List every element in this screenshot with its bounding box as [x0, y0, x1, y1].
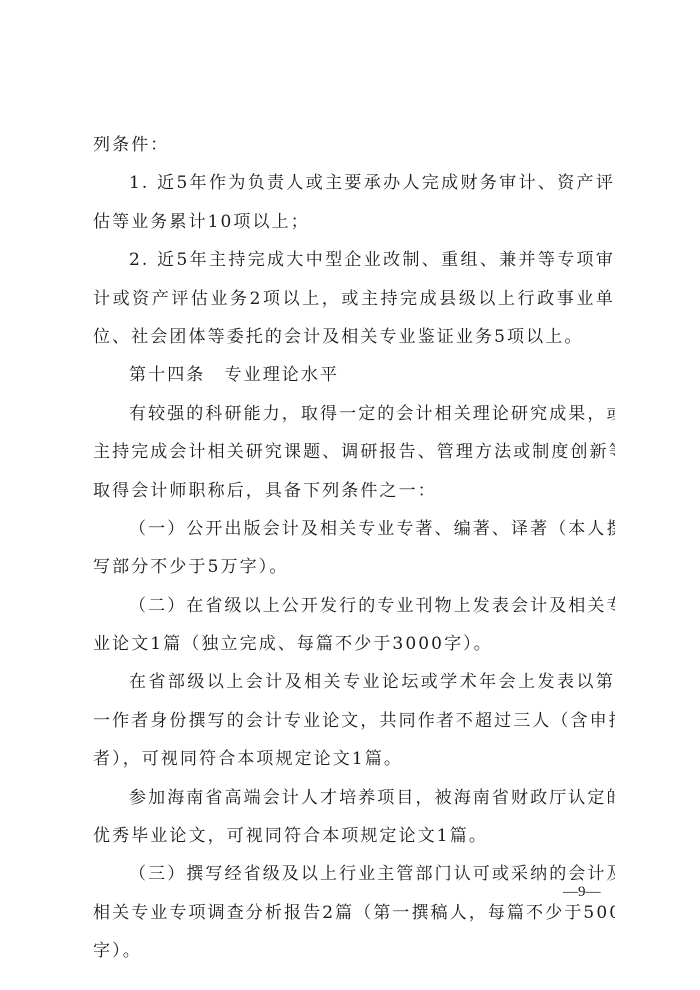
text-line: 列条件：	[93, 126, 615, 164]
text-line: 计或资产评估业务2项以上，或主持完成县级以上行政事业单	[93, 280, 615, 318]
text-line: 主持完成会计相关研究课题、调研报告、管理方法或制度创新等。	[93, 433, 615, 471]
list-item-2: 2. 近5年主持完成大中型企业改制、重组、兼并等专项审	[93, 241, 615, 279]
article-heading: 第十四条 专业理论水平	[93, 356, 615, 394]
text-line: 优秀毕业论文，可视同符合本项规定论文1篇。	[93, 817, 615, 855]
paragraph-start: 在省部级以上会计及相关专业论坛或学术年会上发表以第	[93, 663, 615, 701]
text-line: 字）。	[93, 932, 615, 970]
paragraph-start: 参加海南省高端会计人才培养项目，被海南省财政厅认定的	[93, 779, 615, 817]
text-line: 写部分不少于5万字）。	[93, 548, 615, 586]
document-body: 列条件： 1. 近5年作为负责人或主要承办人完成财务审计、资产评 估等业务累计1…	[93, 126, 615, 971]
text-line: 取得会计师职称后，具备下列条件之一：	[93, 472, 615, 510]
document-page: 列条件： 1. 近5年作为负责人或主要承办人完成财务审计、资产评 估等业务累计1…	[0, 0, 700, 990]
text-line: 者），可视同符合本项规定论文1篇。	[93, 740, 615, 778]
text-line: 估等业务累计10项以上；	[93, 203, 615, 241]
condition-item-2: （二）在省级以上公开发行的专业刊物上发表会计及相关专	[93, 587, 615, 625]
page-number: —9—	[563, 884, 601, 901]
condition-item-3: （三）撰写经省级及以上行业主管部门认可或采纳的会计及	[93, 855, 615, 893]
text-line: 位、社会团体等委托的会计及相关专业鉴证业务5项以上。	[93, 318, 615, 356]
text-line: 业论文1篇（独立完成、每篇不少于3000字）。	[93, 625, 615, 663]
text-line: 相关专业专项调查分析报告2篇（第一撰稿人，每篇不少于5000	[93, 894, 615, 932]
text-line: 一作者身份撰写的会计专业论文，共同作者不超过三人（含申报	[93, 702, 615, 740]
condition-item-1: （一）公开出版会计及相关专业专著、编著、译著（本人撰	[93, 510, 615, 548]
paragraph-start: 有较强的科研能力，取得一定的会计相关理论研究成果，或	[93, 395, 615, 433]
list-item-1: 1. 近5年作为负责人或主要承办人完成财务审计、资产评	[93, 164, 615, 202]
